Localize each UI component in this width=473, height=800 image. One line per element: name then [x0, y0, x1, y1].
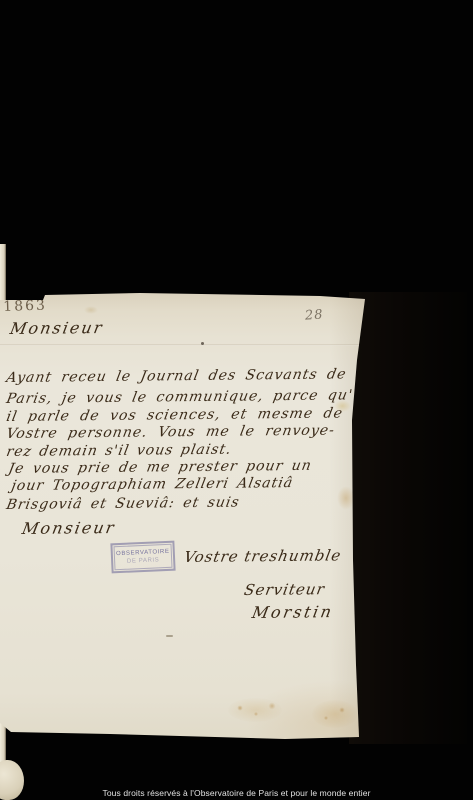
paper-stain: [228, 698, 282, 722]
manuscript-scan-viewport: 1863 28 Monsieur Ayant receu le Journal …: [0, 0, 473, 800]
letter-line: Paris, je vous le communique, parce qu': [5, 387, 354, 407]
paper-stain: [312, 700, 358, 728]
letter-line: Je vous prie de me prester pour un: [7, 458, 313, 477]
closing-address: Monsieur: [21, 518, 118, 538]
copyright-caption: Tous droits réservés à l'Observatoire de…: [0, 788, 473, 798]
observatory-stamp-frame: OBSERVATOIRE DE PARIS: [114, 544, 173, 571]
letter-line: Vostre personne. Vous me le renvoye-: [5, 423, 336, 442]
paper-speck: [201, 342, 204, 345]
paper-speck: [166, 635, 173, 637]
letter-line: Ayant receu le Journal des Scavants de: [5, 366, 348, 386]
valediction-line: Vostre treshumble: [183, 546, 343, 566]
folio-number: 28: [304, 307, 324, 323]
observatory-stamp: OBSERVATOIRE DE PARIS: [110, 541, 175, 574]
stamp-line1: OBSERVATOIRE: [116, 548, 170, 557]
paper-stain: [337, 486, 355, 510]
letter-line: jour Topographiam Zelleri Alsatiâ: [10, 475, 294, 494]
salutation: Monsieur: [9, 318, 106, 338]
backing-page: [349, 292, 467, 744]
valediction-line: Serviteur: [243, 580, 327, 599]
paper-stain: [84, 306, 98, 314]
stamp-line2: DE PARIS: [127, 557, 160, 565]
signature: Morstin: [251, 602, 336, 622]
letter-line: Brisgoviâ et Sueviâ: et suis: [5, 495, 241, 513]
archive-year-mark: 1863: [3, 297, 47, 315]
paper-crease: [0, 344, 366, 346]
paper-stain: [334, 400, 351, 412]
letter-line: rez demain s'il vous plaist.: [5, 442, 233, 460]
letter-page: 1863 28 Monsieur Ayant receu le Journal …: [0, 292, 366, 740]
